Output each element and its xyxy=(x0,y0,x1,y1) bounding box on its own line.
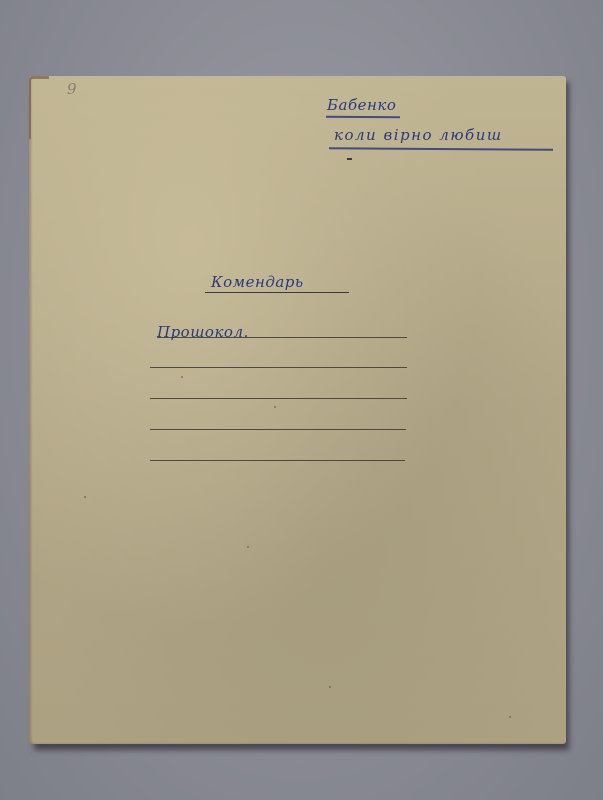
notebook-cover: 9 Бабенко коли вірно любиш Комендарь Про… xyxy=(29,76,566,744)
paper-speck xyxy=(274,406,276,408)
author-underline xyxy=(326,116,400,118)
cover-rule-line xyxy=(150,460,405,461)
genre-handwriting: Комендарь xyxy=(211,273,304,291)
paper-speck xyxy=(181,376,183,378)
work-title-handwriting: коли вірно любиш xyxy=(334,126,503,144)
page-number: 9 xyxy=(67,80,77,98)
paper-speck xyxy=(84,496,86,498)
cover-rule-line xyxy=(150,398,407,399)
genre-line xyxy=(205,292,349,293)
cover-rule-line xyxy=(150,429,406,430)
author-handwriting: Бабенко xyxy=(327,96,396,114)
name-handwriting: Прошокол. xyxy=(157,323,249,341)
cover-rule-line xyxy=(150,367,407,368)
paper-speck xyxy=(247,546,249,548)
paper-speck xyxy=(329,686,331,688)
paper-speck xyxy=(509,716,511,718)
worn-corner xyxy=(29,76,49,139)
cover-rule-line xyxy=(157,337,407,338)
ink-mark xyxy=(347,158,352,160)
work-title-underline xyxy=(329,147,553,151)
